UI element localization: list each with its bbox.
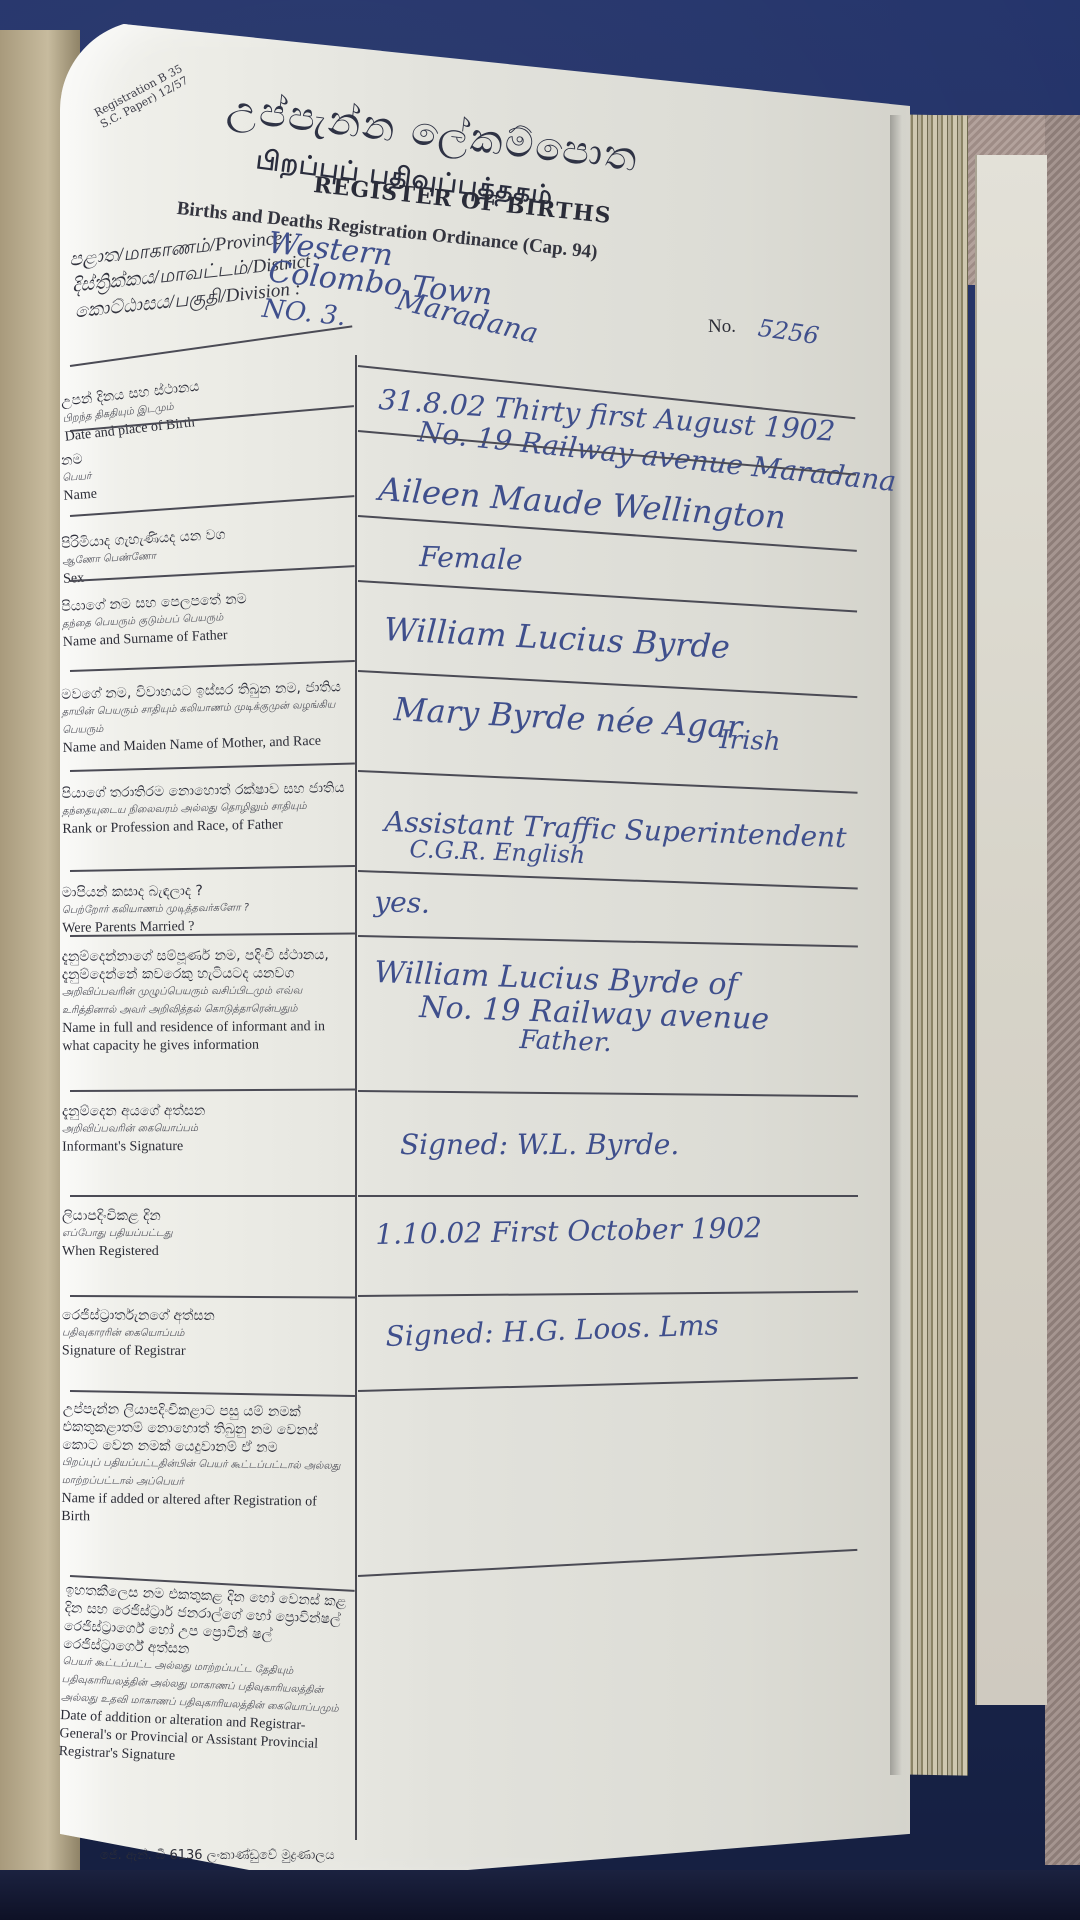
field-label-sinhala: ඉහතකීලෙස නම එකතුකළ දින හෝ වෙනස් කළ දින ස… (63, 1581, 351, 1665)
field-label-tamil: அறிவிப்பவரின் கையொப்பம் (62, 1119, 347, 1138)
field-label-sinhala: උප්පැන්න ලියාපදිංචිකළාට පසු යම් නමක් එකත… (62, 1400, 348, 1458)
field-value: Female (419, 540, 523, 577)
field-label: ලියාපදිංචිකළ දිනஎப்போது பதியப்பட்டதுWhen… (62, 1207, 347, 1261)
field-label: උප්පැන්න ලියාපදිංචිකළාට පසු යම් නමක් එකත… (61, 1400, 348, 1530)
row-divider-left (70, 1195, 355, 1197)
field-label-english: When Registered (62, 1243, 347, 1261)
page-edge-shadow (890, 115, 902, 1775)
field-label: පියාගේ තරාතිරම නොහොත් රක්ෂාව සහ ජාතියதந்… (61, 779, 347, 839)
field-label: දැනුම්දෙන්නාගේ සම්පූර්ණ නම, පදිංචි ස්ථාන… (62, 946, 348, 1056)
field-label-tamil: அறிவிப்பவரின் முழுப்பெயரும் வசிப்பிடமும்… (62, 982, 347, 1020)
field-label: ඉහතකීලෙස නම එකතුකළ දින හෝ වෙනස් කළ දින ස… (58, 1581, 350, 1773)
field-label-tamil: பதிவுகாரரின் கையொப்பம் (62, 1324, 347, 1343)
row-divider-right (358, 1195, 858, 1197)
field-label-sinhala: ලියාපදිංචිකළ දින (62, 1207, 347, 1225)
field-label: මවගේ නම, විවාහයට ඉස්සර තිබුන නම, ජාතියதா… (61, 678, 348, 758)
field-label-sinhala: දැනුම්දෙන අයගේ අත්සන (62, 1101, 347, 1120)
field-label: දැනුම්දෙන අයගේ අත්සනஅறிவிப்பவரின் கையொப்… (62, 1101, 347, 1156)
registration-number-label: No. (708, 316, 736, 338)
field-label-english: Name in full and residence of informant … (62, 1018, 347, 1056)
field-label-sinhala: රෙජිස්ට්‍රාර්තැනගේ අත්සන (62, 1306, 347, 1325)
field-label-sinhala: දැනුම්දෙන්නාගේ සම්පූර්ණ නම, පදිංචි ස්ථාන… (62, 946, 347, 984)
field-label-english: Signature of Registrar (62, 1342, 347, 1361)
field-label-english: Informant's Signature (62, 1137, 347, 1156)
field-value: 1.10.02 First October 1902 (375, 1211, 762, 1251)
field-label-english: Name if added or altered after Registrat… (61, 1490, 346, 1530)
column-divider (355, 355, 357, 1840)
field-label-tamil: எப்போது பதியப்பட்டது (62, 1225, 347, 1243)
printer-imprint: ජේ. ඇන්. බී 6136 ලංකාණ්ඩුවේ මුද්‍රණාලය (100, 1848, 335, 1863)
table-surface (0, 1870, 1080, 1920)
field-value: yes. (374, 885, 431, 920)
binding-fabric-right (1045, 115, 1080, 1865)
page-stack-flap (975, 155, 1047, 1705)
field-value: Signed: W.L. Byrde. (400, 1128, 679, 1161)
field-label: මාපියන් කසාද බැඳලාද ?பெற்றோர் கலியாணம் ம… (62, 880, 348, 938)
field-label-tamil: பிறப்புப் பதியப்பட்டதின்பின் பெயர் கூட்ட… (62, 1454, 347, 1494)
field-label: රෙජිස්ට්‍රාර්තැනගේ අත්සනபதிவுகாரரின் கைய… (62, 1306, 347, 1361)
field-value: Father. (519, 1025, 612, 1058)
field-value: Irish (719, 725, 781, 757)
